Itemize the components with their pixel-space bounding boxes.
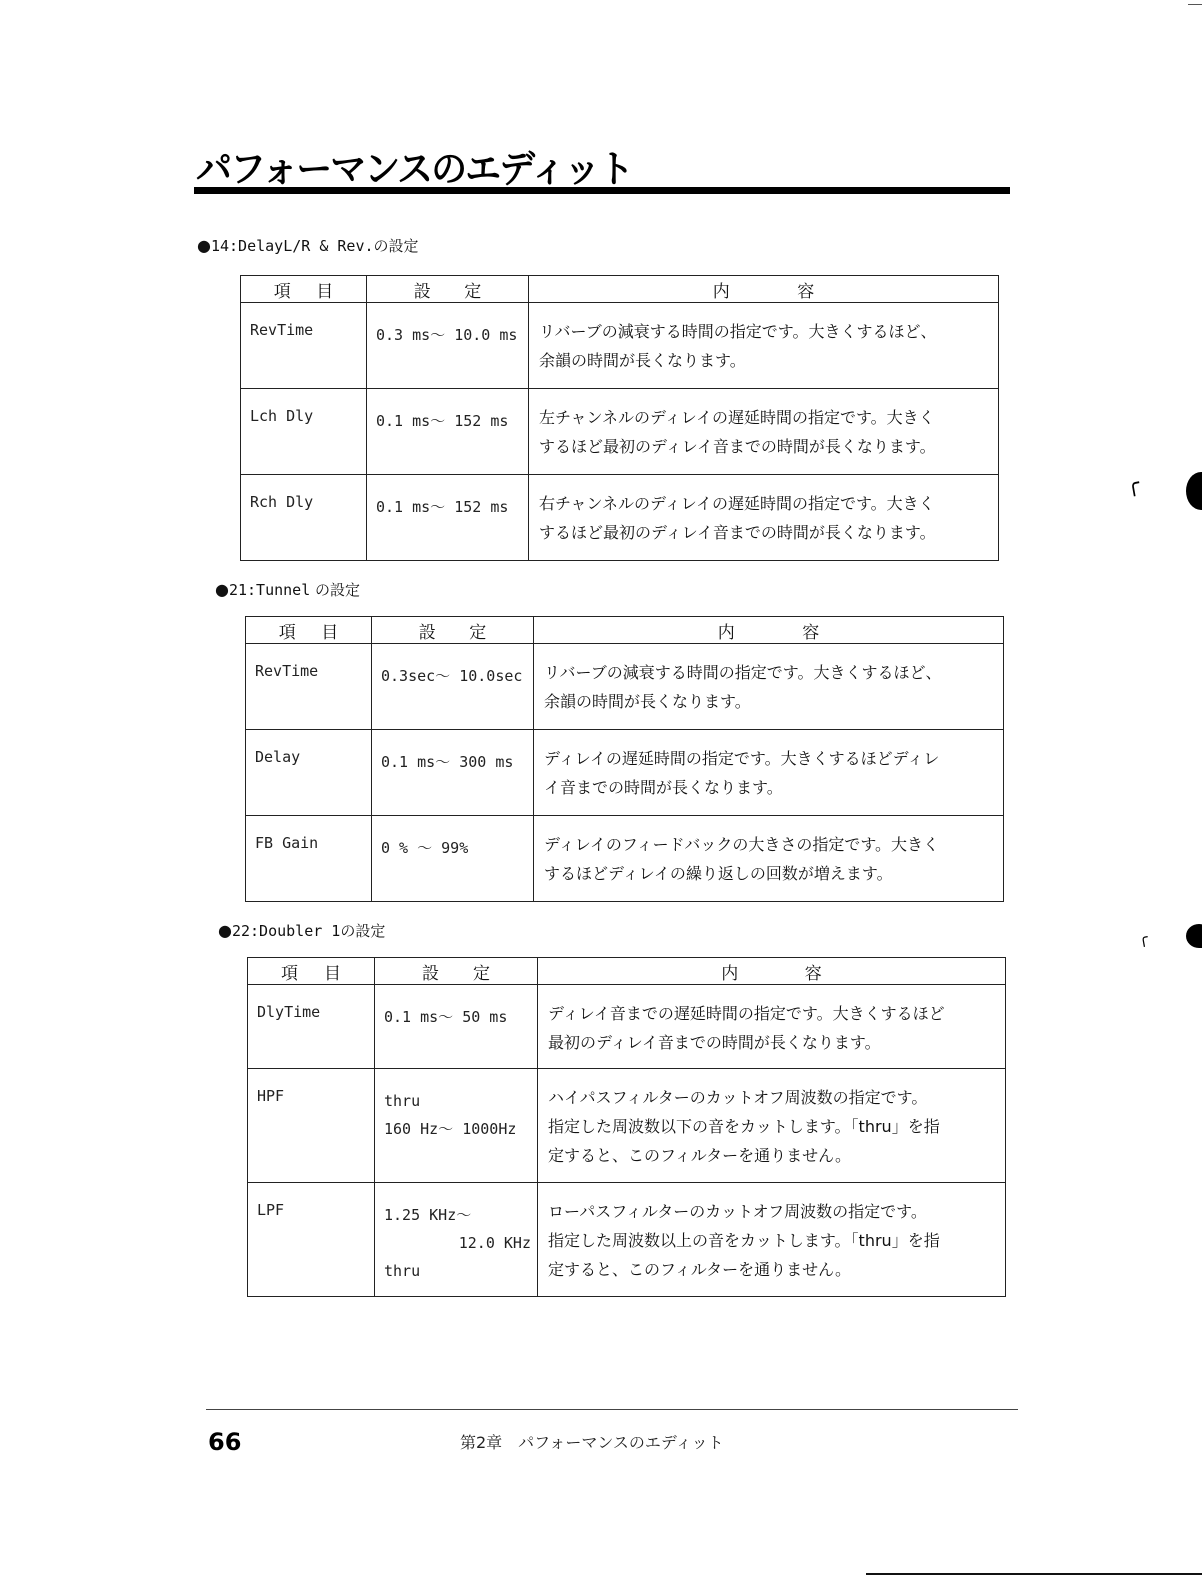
item-cell: HPF (248, 1069, 375, 1183)
section-code: 14:DelayL/R & Rev. (211, 237, 374, 255)
page-title: パフォーマンスのエディット (196, 140, 632, 194)
scan-edge-mark (1188, 4, 1202, 5)
item-cell: Lch Dly (241, 389, 367, 475)
scan-hook-mark: ╭ (1136, 927, 1149, 947)
table-row: Rch Dly 0.1 ms～ 152 ms 右チャンネルのディレイの遅延時間の… (241, 475, 999, 561)
settings-table-delaylr-rev: 項目 設定 内容 RevTime 0.3 ms～ 10.0 ms リバーブの減衰… (240, 275, 999, 561)
section-code: 22:Doubler 1 (232, 922, 340, 940)
description-cell: ディレイのフィードバックの大きさの指定です。大きくするほどディレイの繰り返しの回… (534, 816, 1004, 902)
running-footer: 第2章 パフォーマンスのエディット (460, 1430, 724, 1453)
section-heading-tunnel: ●21:Tunnel の設定 (215, 579, 360, 600)
table-header-row: 項目 設定 内容 (248, 958, 1006, 985)
setting-cell: 0.1 ms～ 50 ms (375, 985, 538, 1069)
description-cell: ディレイ音までの遅延時間の指定です。大きくするほど最初のディレイ音までの時間が長… (538, 985, 1006, 1069)
table-row: DlyTime 0.1 ms～ 50 ms ディレイ音までの遅延時間の指定です。… (248, 985, 1006, 1069)
description-cell: ハイパスフィルターのカットオフ周波数の指定です。指定した周波数以下の音をカットし… (538, 1069, 1006, 1183)
settings-table-doubler: 項目 設定 内容 DlyTime 0.1 ms～ 50 ms ディレイ音までの遅… (247, 957, 1006, 1297)
section-suffix: の設定 (310, 581, 360, 599)
item-cell: Rch Dly (241, 475, 367, 561)
footer-rule (206, 1409, 1018, 1410)
setting-cell: 0.3 ms～ 10.0 ms (367, 303, 529, 389)
section-suffix: の設定 (340, 922, 385, 940)
table-row: FB Gain 0 % ～ 99% ディレイのフィードバックの大きさの指定です。… (246, 816, 1004, 902)
setting-cell: 0.1 ms～ 152 ms (367, 475, 529, 561)
bullet-icon: ● (197, 236, 211, 255)
description-cell: リバーブの減衰する時間の指定です。大きくするほど、余韻の時間が長くなります。 (529, 303, 999, 389)
bullet-icon: ● (215, 580, 229, 599)
scan-hook-mark: ╭ (1124, 471, 1141, 498)
section-heading-doubler: ●22:Doubler 1の設定 (218, 920, 385, 941)
setting-cell: 1.25 KHz～12.0 KHzthru (375, 1183, 538, 1297)
item-cell: DlyTime (248, 985, 375, 1069)
description-cell: ディレイの遅延時間の指定です。大きくするほどディレイ音までの時間が長くなります。 (534, 730, 1004, 816)
setting-cell: 0.3sec～ 10.0sec (372, 644, 534, 730)
binder-hole-mark (1186, 924, 1202, 948)
table-header-row: 項目 設定 内容 (246, 617, 1004, 644)
setting-cell: 0.1 ms～ 300 ms (372, 730, 534, 816)
header-item: 項目 (246, 617, 372, 644)
binder-hole-mark (1186, 472, 1202, 510)
header-setting: 設定 (375, 958, 538, 985)
table-row: HPF thru160 Hz～ 1000Hz ハイパスフィルターのカットオフ周波… (248, 1069, 1006, 1183)
section-heading-delaylr-rev: ●14:DelayL/R & Rev.の設定 (197, 235, 419, 256)
setting-cell: 0 % ～ 99% (372, 816, 534, 902)
table-header-row: 項目 設定 内容 (241, 276, 999, 303)
table-row: RevTime 0.3sec～ 10.0sec リバーブの減衰する時間の指定です… (246, 644, 1004, 730)
item-cell: FB Gain (246, 816, 372, 902)
description-cell: ローパスフィルターのカットオフ周波数の指定です。指定した周波数以上の音をカットし… (538, 1183, 1006, 1297)
bullet-icon: ● (218, 921, 232, 940)
table-row: LPF 1.25 KHz～12.0 KHzthru ローパスフィルターのカットオ… (248, 1183, 1006, 1297)
item-cell: Delay (246, 730, 372, 816)
header-content: 内容 (534, 617, 1004, 644)
header-item: 項目 (241, 276, 367, 303)
header-item: 項目 (248, 958, 375, 985)
settings-table-tunnel: 項目 設定 内容 RevTime 0.3sec～ 10.0sec リバーブの減衰… (245, 616, 1004, 902)
page-number: 66 (208, 1428, 241, 1456)
header-setting: 設定 (367, 276, 529, 303)
table-row: RevTime 0.3 ms～ 10.0 ms リバーブの減衰する時間の指定です… (241, 303, 999, 389)
header-content: 内容 (529, 276, 999, 303)
table-row: Delay 0.1 ms～ 300 ms ディレイの遅延時間の指定です。大きくす… (246, 730, 1004, 816)
header-content: 内容 (538, 958, 1006, 985)
setting-cell: 0.1 ms～ 152 ms (367, 389, 529, 475)
section-code: 21:Tunnel (229, 581, 310, 599)
item-cell: RevTime (241, 303, 367, 389)
description-cell: 右チャンネルのディレイの遅延時間の指定です。大きくするほど最初のディレイ音までの… (529, 475, 999, 561)
description-cell: 左チャンネルのディレイの遅延時間の指定です。大きくするほど最初のディレイ音までの… (529, 389, 999, 475)
section-suffix: の設定 (374, 237, 419, 255)
description-cell: リバーブの減衰する時間の指定です。大きくするほど、余韻の時間が長くなります。 (534, 644, 1004, 730)
item-cell: LPF (248, 1183, 375, 1297)
table-row: Lch Dly 0.1 ms～ 152 ms 左チャンネルのディレイの遅延時間の… (241, 389, 999, 475)
header-setting: 設定 (372, 617, 534, 644)
title-rule (194, 187, 1010, 194)
item-cell: RevTime (246, 644, 372, 730)
scan-edge-line (866, 1573, 1202, 1575)
setting-cell: thru160 Hz～ 1000Hz (375, 1069, 538, 1183)
